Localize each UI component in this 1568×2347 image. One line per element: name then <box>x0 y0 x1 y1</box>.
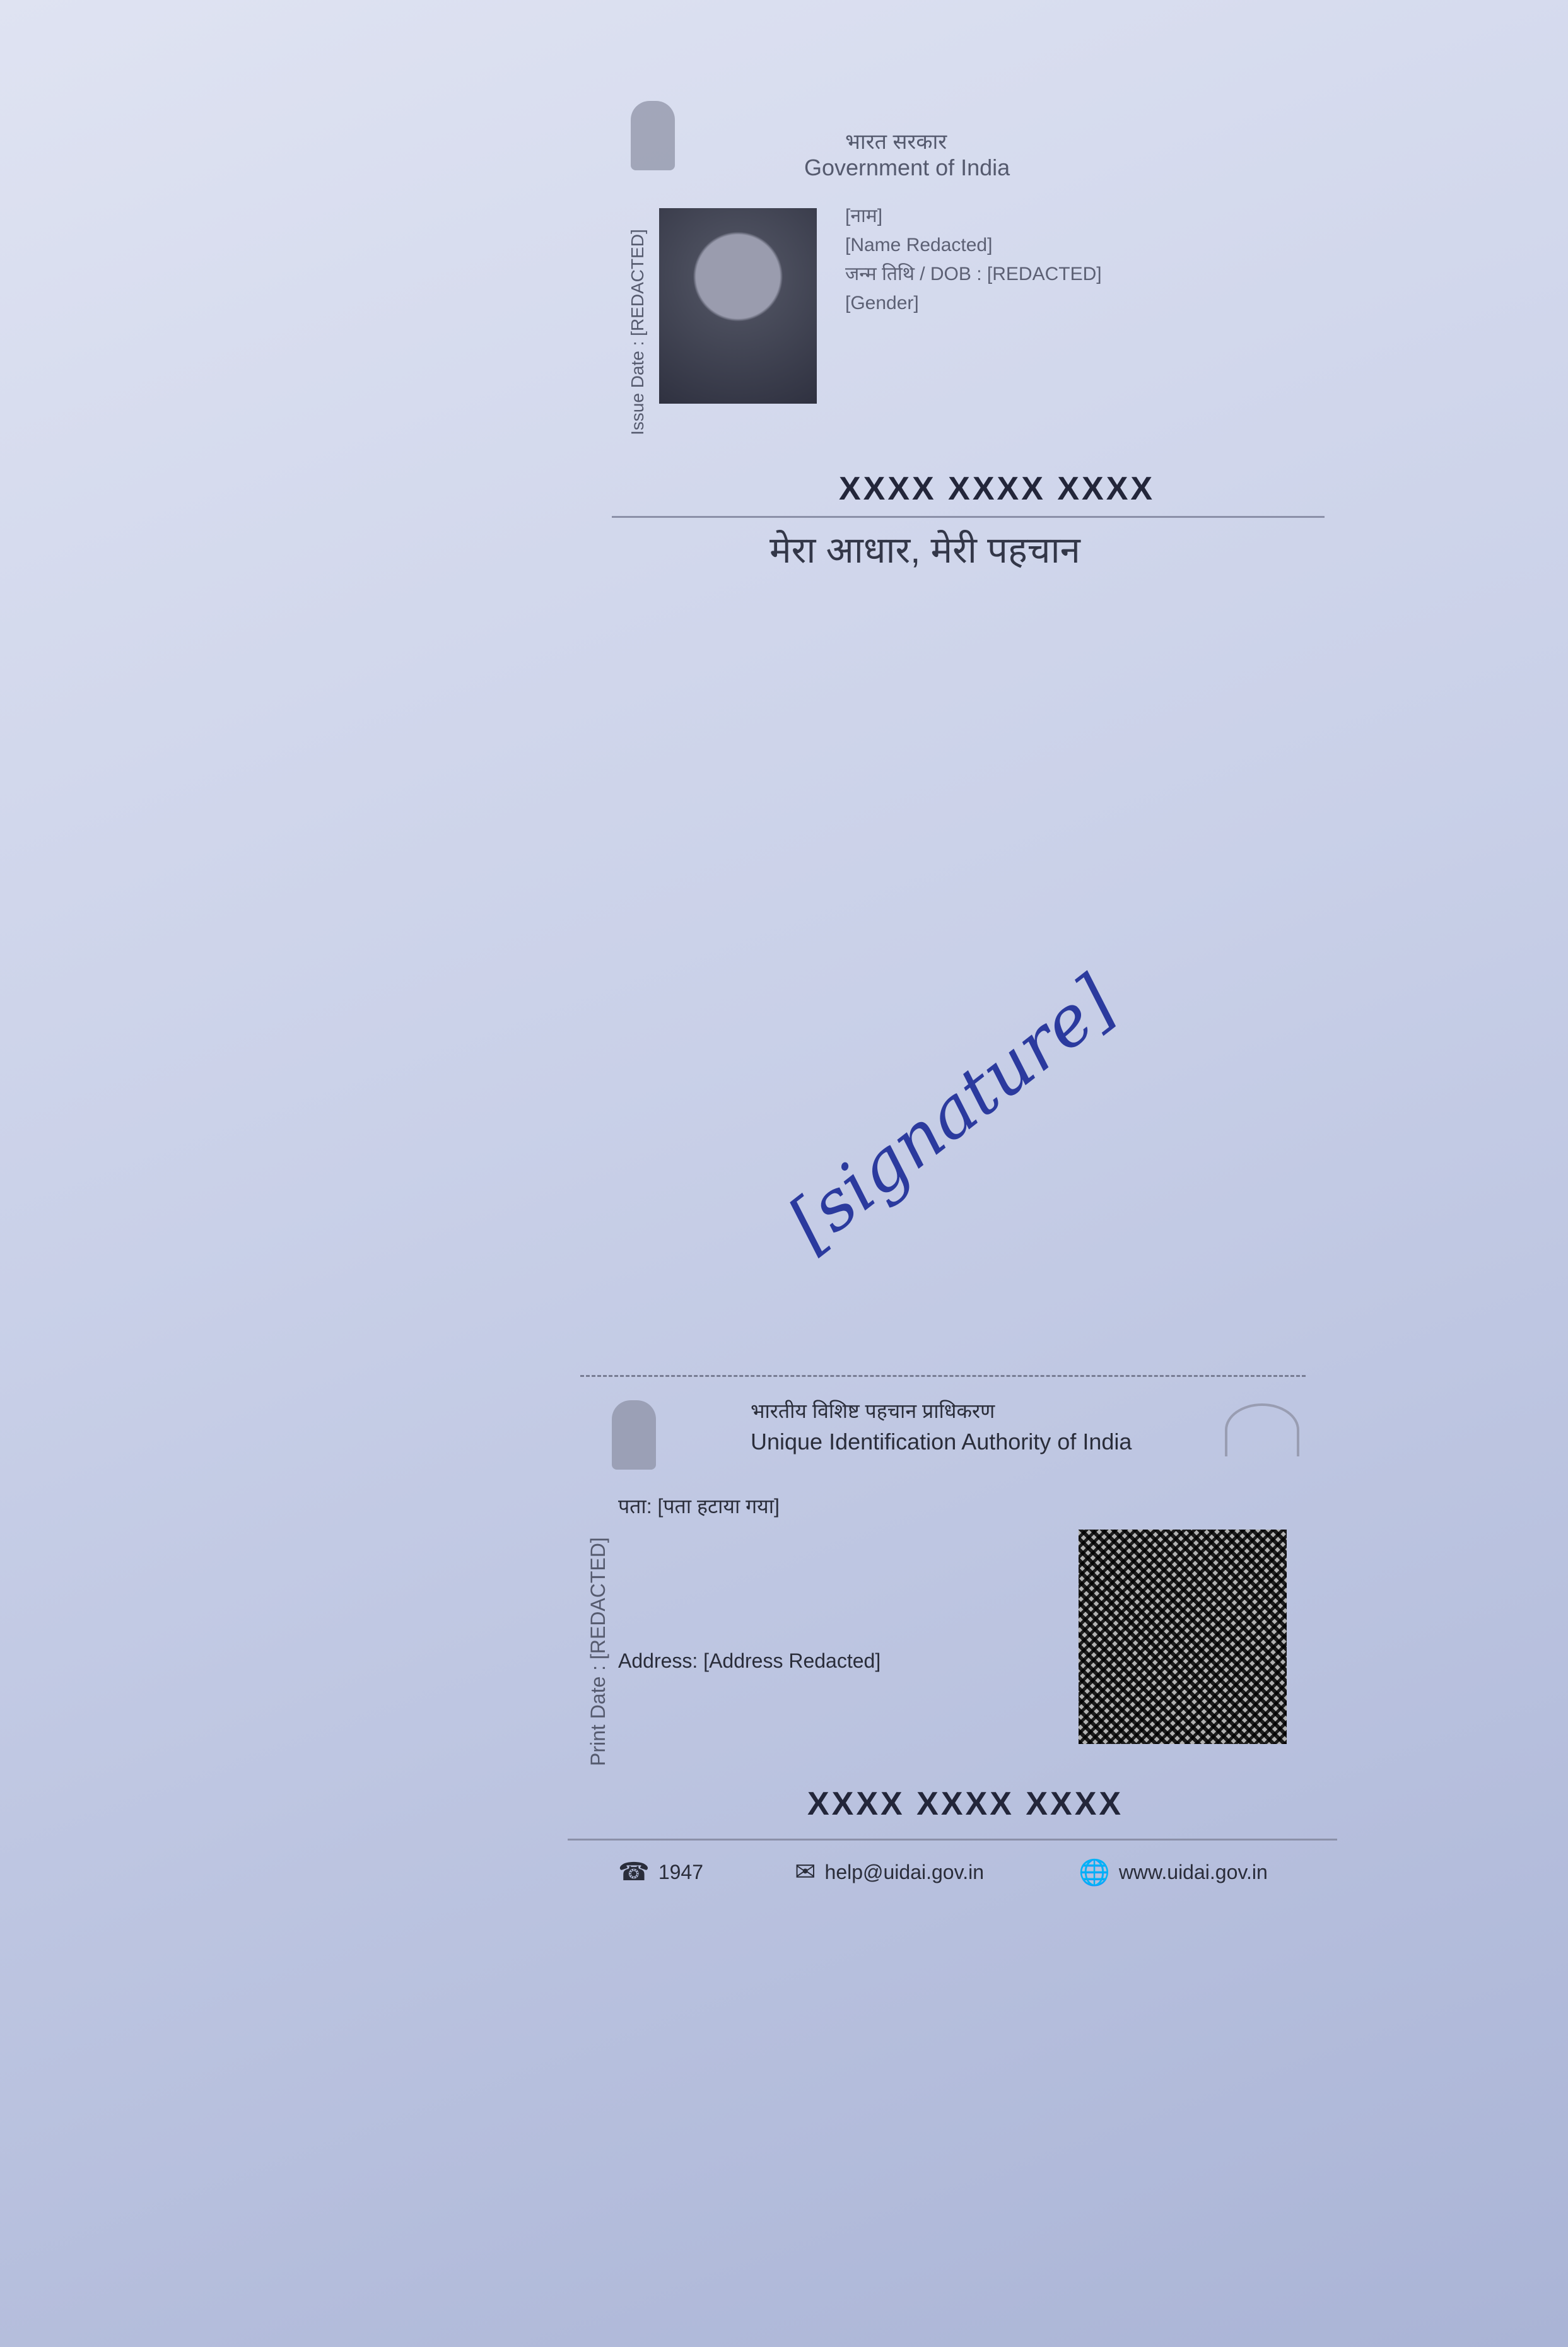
cut-line <box>580 1375 1306 1377</box>
name-english: [Name Redacted] <box>845 231 1102 260</box>
address-english: Address: [Address Redacted] <box>618 1646 1060 1675</box>
uid-number: XXXX XXXX XXXX <box>807 1785 1123 1823</box>
aadhaar-front: भारत सरकार Government of India Issue Dat… <box>612 95 1325 574</box>
footer-phone: ☎ 1947 <box>618 1858 703 1887</box>
uid-number: XXXX XXXX XXXX <box>839 470 1155 508</box>
gov-title-english: Government of India <box>804 155 1010 181</box>
gender: [Gender] <box>845 289 1102 318</box>
signature: [signature] <box>773 961 1130 1265</box>
email-address: help@uidai.gov.in <box>825 1861 985 1884</box>
name-hindi: [नाम] <box>845 202 1102 231</box>
phone-icon: ☎ <box>618 1858 650 1887</box>
globe-icon: 🌐 <box>1079 1858 1110 1887</box>
date-of-birth: जन्म तिथि / DOB : [REDACTED] <box>845 260 1102 289</box>
issue-date: Issue Date : [REDACTED] <box>628 229 648 435</box>
website-url: www.uidai.gov.in <box>1119 1861 1268 1884</box>
qr-code <box>1079 1530 1287 1744</box>
authority-english: Unique Identification Authority of India <box>751 1429 1132 1455</box>
tagline: मेरा आधार, मेरी पहचान <box>769 524 1080 573</box>
print-date: Print Date : [REDACTED] <box>587 1537 610 1766</box>
footer-website: 🌐 www.uidai.gov.in <box>1079 1858 1268 1887</box>
aadhaar-back: भारतीय विशिष्ट पहचान प्राधिकरण Unique Id… <box>568 1375 1337 1911</box>
address-hindi: पता: [पता हटाया गया] <box>618 1492 1060 1521</box>
phone-number: 1947 <box>658 1861 703 1884</box>
divider <box>612 516 1325 518</box>
authority-hindi: भारतीय विशिष्ट पहचान प्राधिकरण <box>751 1397 995 1424</box>
divider <box>568 1839 1337 1841</box>
gov-title-hindi: भारत सरकार <box>845 126 947 155</box>
national-emblem-icon <box>612 1400 656 1470</box>
national-emblem-icon <box>631 101 675 170</box>
holder-details: [नाम] [Name Redacted] जन्म तिथि / DOB : … <box>845 202 1102 318</box>
mail-icon: ✉ <box>795 1858 816 1887</box>
footer-email: ✉ help@uidai.gov.in <box>795 1858 984 1887</box>
holder-photo <box>659 208 817 404</box>
aadhaar-logo-icon <box>1225 1403 1299 1456</box>
